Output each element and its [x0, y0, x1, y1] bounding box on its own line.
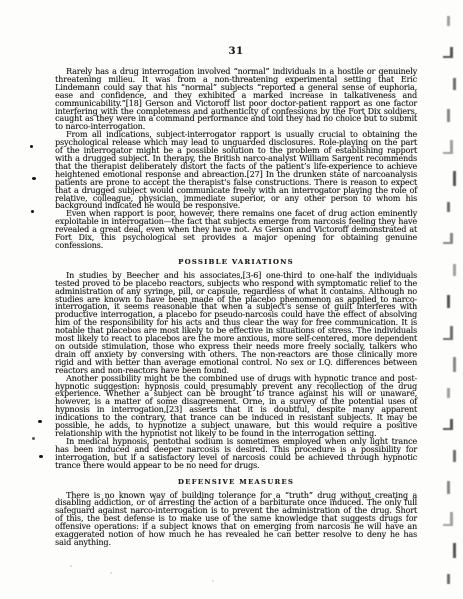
- scan-artifact-mark: [450, 512, 453, 526]
- page-number: 31: [55, 46, 417, 57]
- scan-artifact-mark: [453, 543, 456, 558]
- ink-dot-artifact: [39, 455, 43, 458]
- scan-artifact-mark: [447, 295, 450, 308]
- paragraph-7: There is no known way of building tolera…: [55, 492, 417, 547]
- paragraph-1: Rarely has a drug interrogation involved…: [55, 68, 417, 131]
- scan-artifact-mark: [450, 233, 453, 244]
- scan-artifact-mark: [453, 357, 456, 372]
- scanned-document-page: 31 Rarely has a drug interrogation invol…: [0, 0, 463, 599]
- scan-artifact-mark: [447, 202, 450, 212]
- ink-dot-artifact: [38, 420, 42, 423]
- section-heading-possible-variations: POSSIBLE VARIATIONS: [55, 258, 417, 266]
- paragraph-5: Another possibility might be the combine…: [55, 375, 417, 438]
- section-heading-defensive-measures: DEFENSIVE MEASURES: [55, 478, 417, 486]
- paragraph-2: From all indications, subject-interrogat…: [55, 131, 417, 210]
- scan-artifact-mark: [447, 388, 450, 398]
- ink-dot-artifact: [32, 177, 36, 180]
- scan-artifact-mark: [450, 140, 453, 154]
- scan-artifact-mark: [453, 171, 456, 186]
- scan-artifact-mark: [453, 78, 456, 90]
- scan-artifact-mark: [453, 450, 456, 462]
- page-body: 31 Rarely has a drug interrogation invol…: [55, 46, 417, 547]
- scan-artifact-mark: [447, 16, 450, 26]
- paragraph-6: In medical hypnosis, pentothal sodium is…: [55, 438, 417, 470]
- scan-artifact-mark: [447, 574, 450, 584]
- paper-speck: [212, 580, 214, 582]
- scan-artifact-mark: [447, 109, 450, 122]
- scan-artifact-mark: [453, 264, 456, 276]
- ink-dot-artifact: [32, 437, 35, 440]
- scan-artifact-mark: [450, 326, 453, 340]
- paper-speck: [70, 565, 72, 567]
- scan-artifact-mark: [447, 481, 450, 494]
- paragraph-4: In studies by Beecher and his associates…: [55, 272, 417, 375]
- scan-artifact-mark: [450, 419, 453, 430]
- scan-artifact-mark: [450, 47, 453, 58]
- paragraph-3: Even when rapport is poor, however, ther…: [55, 210, 417, 250]
- ink-dot-artifact: [30, 145, 33, 148]
- ink-dot-artifact: [31, 210, 34, 213]
- paper-speck: [110, 572, 112, 574]
